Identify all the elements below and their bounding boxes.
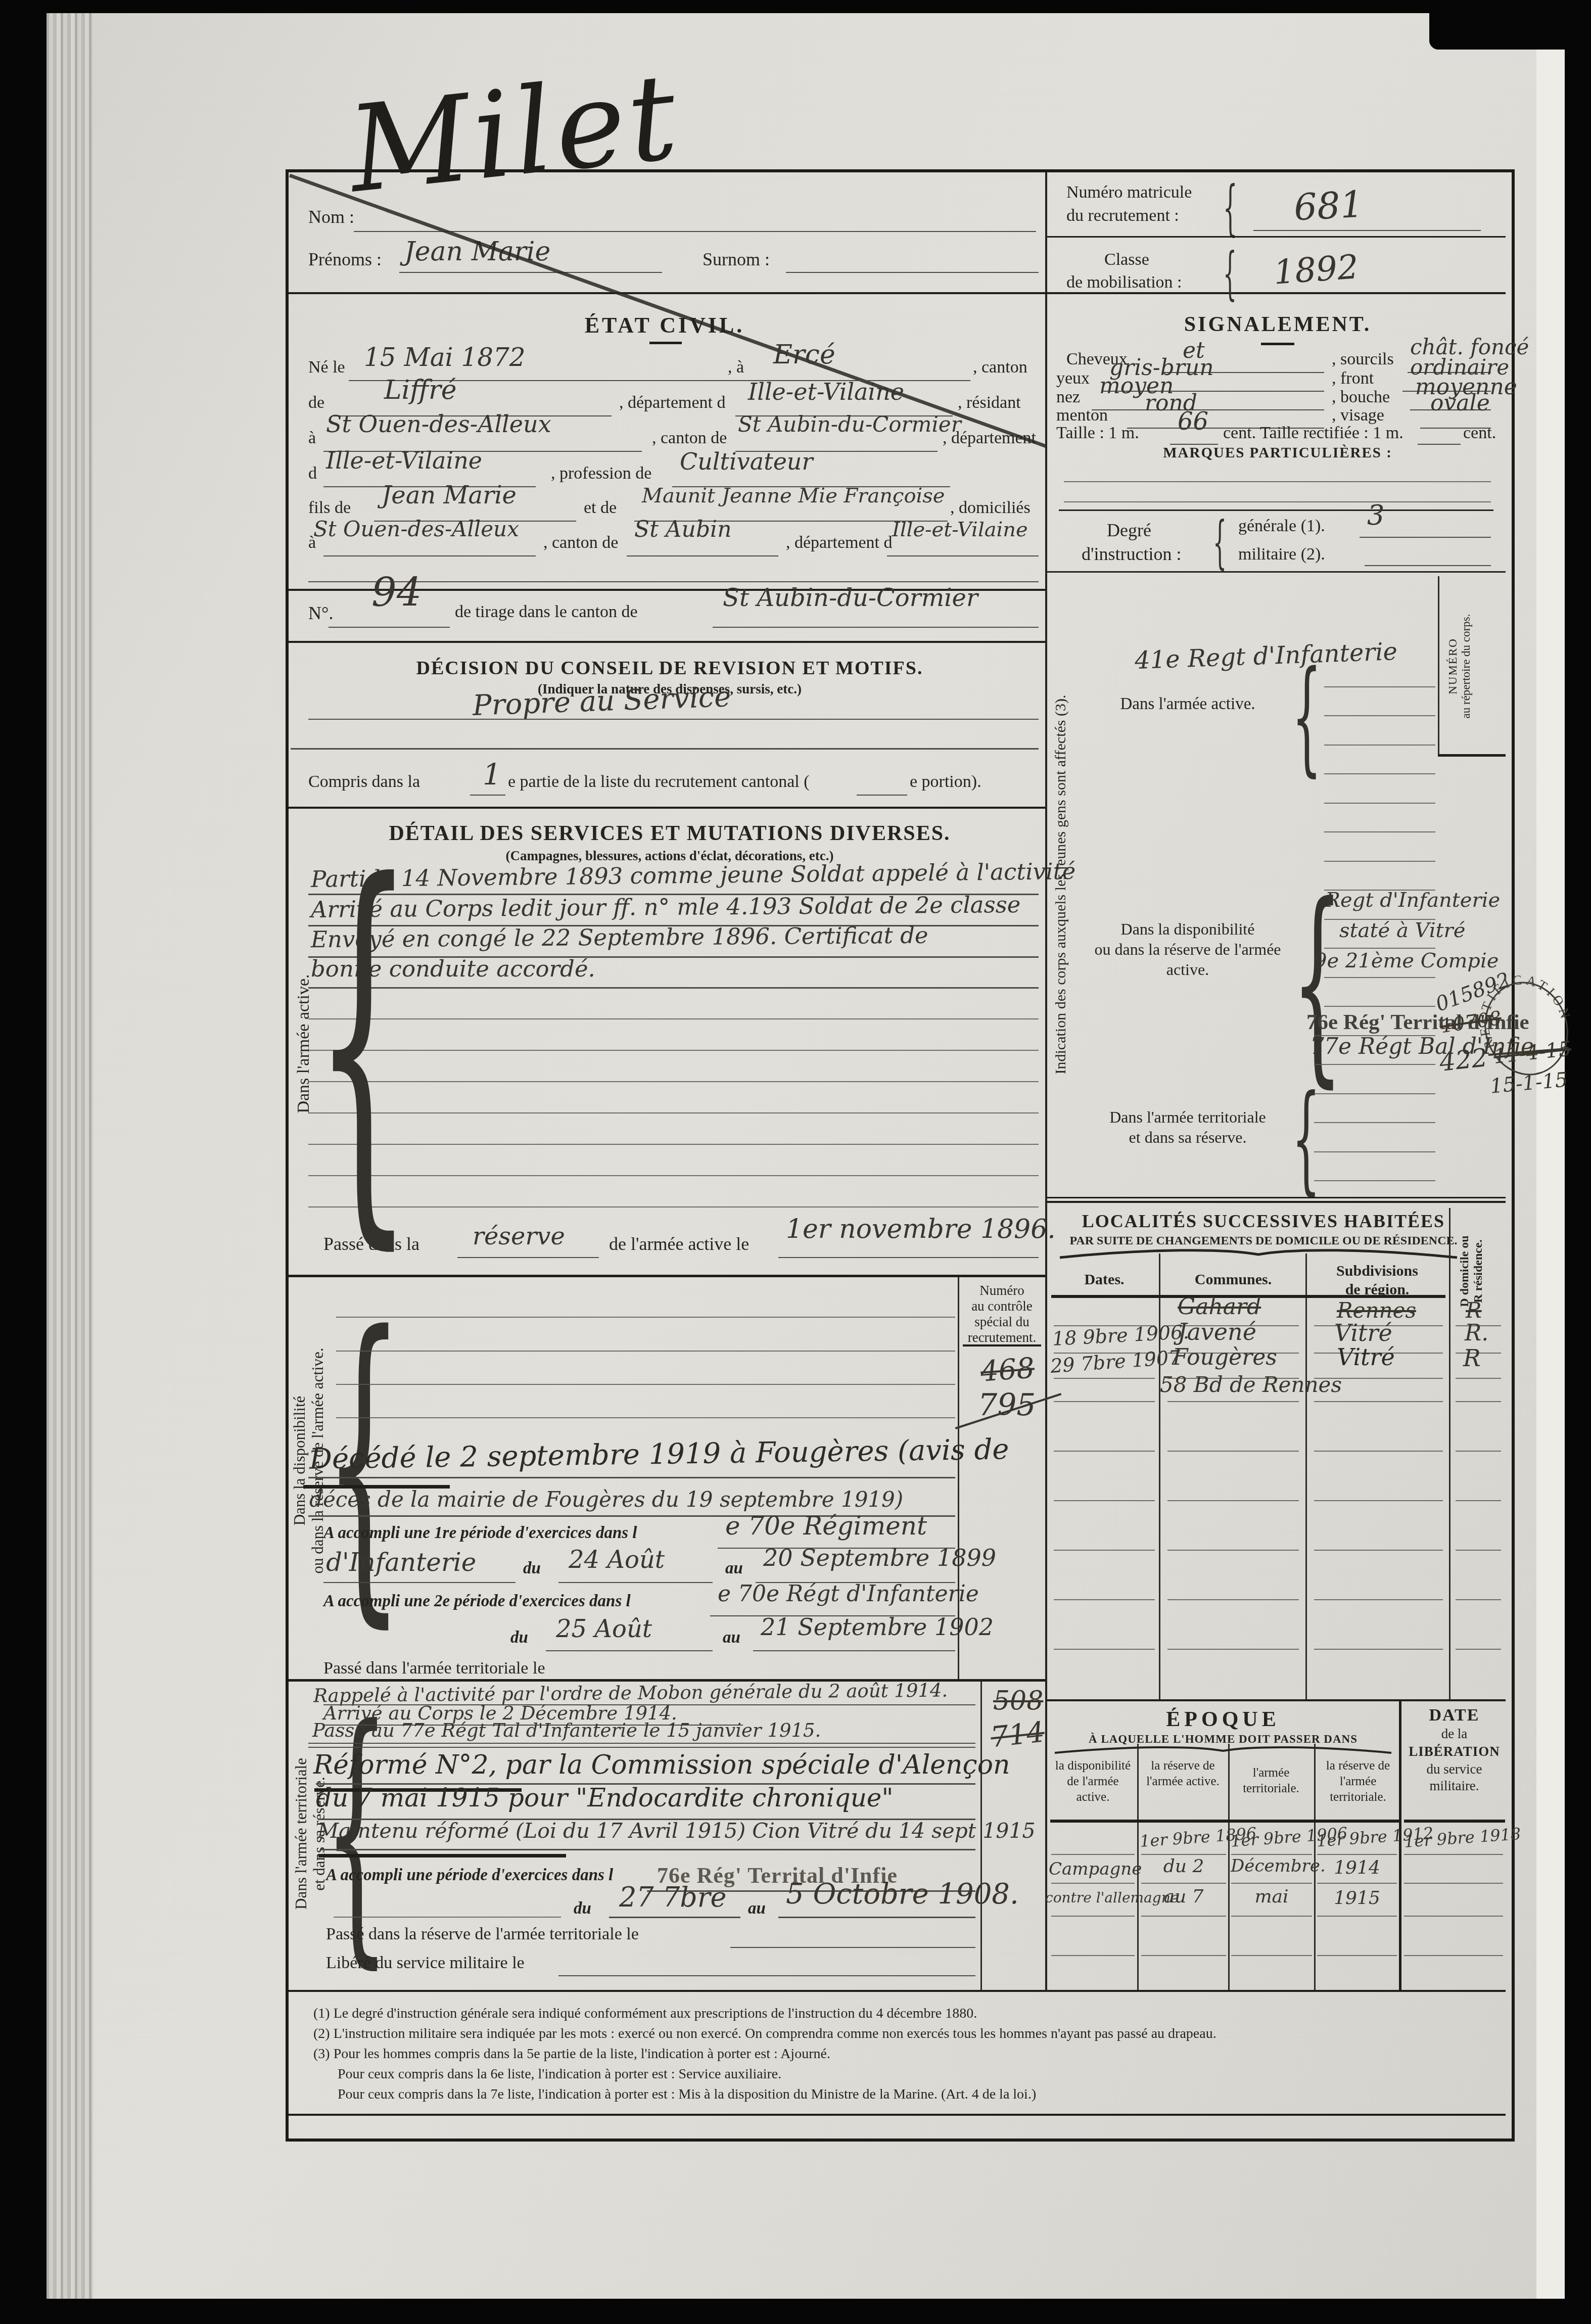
- tirage-line1: [329, 627, 450, 628]
- periode1b-rule1: [323, 1582, 516, 1583]
- localites-blank-2a: [1054, 1500, 1155, 1501]
- degre-brace: {: [1213, 515, 1227, 571]
- terr-au-value: 5 Octobre 1908.: [786, 1878, 1019, 1911]
- corps-dispo-value-2: staté à Vitré: [1339, 919, 1465, 942]
- passe-reserve-value-1: réserve: [473, 1222, 565, 1250]
- paper-right-light-strip: [1536, 13, 1566, 2299]
- epoque-r2-line-a: [1051, 1883, 1135, 1884]
- periode1-value: e 70e Régiment: [725, 1511, 927, 1541]
- sig-nez-label: nez: [1056, 388, 1080, 407]
- ec-l6-v3: Ille-et-Vilaine: [892, 518, 1028, 541]
- sidebar-territoriale-line1: Dans l'armée territoriale: [292, 1687, 310, 1980]
- ec-l2-c: , résidant: [958, 393, 1021, 412]
- epoque-r2-c3: Décembre.: [1231, 1856, 1313, 1876]
- terr-line-5: du 7 mai 1915 pour "Endocardite chroniqu…: [316, 1783, 893, 1812]
- dispo-blank-2: [336, 1351, 955, 1352]
- corps-dispo-label-l2: ou dans la réserve de l'armée active.: [1087, 939, 1289, 980]
- terr-line-4: Réformé N°2, par la Commission spéciale …: [313, 1750, 1010, 1780]
- localites-r4-line-c: [1314, 1401, 1443, 1402]
- epoque-date-l4: du service: [1402, 1761, 1506, 1777]
- matricule-fill-line: [1253, 230, 1481, 231]
- ec-l4-a: d: [308, 464, 317, 483]
- numero-repertoire-header: NUMÉRO au répertoire du corps.: [1446, 580, 1473, 752]
- services-blank-7: [308, 1206, 1039, 1207]
- epoque-r1-line-d: [1317, 1854, 1397, 1855]
- terr-au-rule: [778, 1917, 975, 1918]
- corps-active-brace: {: [1292, 655, 1322, 778]
- degre-generale-label: générale (1).: [1238, 517, 1325, 536]
- ec-l1-c: , canton: [973, 358, 1027, 377]
- decision-title: DÉCISION DU CONSEIL DE REVISION ET MOTIF…: [316, 657, 1023, 679]
- matricule-label-line2: du recrutement :: [1066, 206, 1179, 225]
- epoque-r3-line-b: [1141, 1916, 1226, 1917]
- epoque-r1-line-e: [1404, 1854, 1503, 1855]
- tirage-no-label: N°.: [308, 602, 333, 624]
- ec-l5-b: et de: [584, 498, 617, 518]
- sig-visage-value: ovale: [1430, 390, 1490, 416]
- services-blank-6: [308, 1175, 1039, 1176]
- services-rule-4: [308, 987, 1039, 989]
- corps-rule-17: [1314, 1151, 1435, 1152]
- terr-passe-reserve-label: Passé dans la réserve de l'armée territo…: [326, 1925, 639, 1944]
- localites-col-dates: Dates.: [1054, 1271, 1155, 1288]
- corps-rule-18: [1314, 1180, 1435, 1181]
- localites-r3-commune: Fougères: [1173, 1344, 1277, 1370]
- scanned-military-register-page: Nom : Milet Prénoms : Jean Marie Surnom …: [0, 0, 1591, 2324]
- compris-line1: [470, 795, 505, 796]
- ec-l5-c: , domiciliés: [950, 498, 1031, 518]
- epoque-blank-line-b: [1141, 1955, 1226, 1956]
- localites-r1-commune: Gahard: [1178, 1294, 1261, 1320]
- localites-r2-commune: Javené: [1178, 1318, 1256, 1345]
- corps-rule-16: [1314, 1122, 1435, 1123]
- dispo-blank-1: [336, 1317, 955, 1318]
- ec-l3-v1: St Ouen-des-Alleux: [326, 410, 551, 438]
- corps-terr-label-l2: et dans sa réserve.: [1087, 1127, 1289, 1147]
- periode2b-du: du: [510, 1629, 528, 1647]
- signalement-title: SIGNALEMENT.: [1096, 312, 1460, 337]
- matricule-label-line1: Numéro matricule: [1066, 183, 1192, 202]
- classe-label-line1: Classe: [1104, 250, 1149, 269]
- numero-repertoire-l1: NUMÉRO: [1446, 580, 1460, 752]
- terr-periode-left-blank: [334, 1917, 561, 1918]
- corps-rule-6: [1324, 831, 1435, 832]
- degre-militaire-label: militaire (2).: [1238, 545, 1325, 564]
- matricule-brace: {: [1223, 178, 1238, 238]
- epoque-col3-header: l'armée territoriale.: [1231, 1765, 1312, 1796]
- localites-blank-5b: [1167, 1649, 1299, 1650]
- epoque-date-l3: LIBÉRATION: [1402, 1744, 1506, 1759]
- epoque-r3-line-c: [1231, 1916, 1312, 1917]
- corps-rule-14: [1314, 1064, 1435, 1065]
- epoque-r1-line-b: [1141, 1854, 1226, 1855]
- ec-l6-b: , canton de: [543, 533, 618, 552]
- footnote-separator: [289, 1990, 1506, 1992]
- localites-r3-line-a: [1054, 1378, 1155, 1379]
- terr-libere-rule: [558, 1975, 975, 1976]
- degre-label-2: d'instruction :: [1082, 543, 1181, 565]
- passe-reserve-line2: [778, 1257, 1039, 1258]
- ec-l2-v1: Liffré: [384, 375, 457, 405]
- periode1b-rule2: [558, 1582, 713, 1583]
- corps-dispo-value-3: 9e 21ème Compie: [1314, 949, 1499, 972]
- ec-l4-b: , profession de: [551, 464, 651, 483]
- epoque-date-l1: DATE: [1402, 1706, 1506, 1725]
- localites-divider-1: [1159, 1253, 1160, 1699]
- terr-du-label: du: [574, 1899, 591, 1918]
- compris-label-a: Compris dans la: [308, 772, 420, 792]
- numero-repertoire-divider: [1438, 576, 1439, 756]
- footnote-4: Pour ceux compris dans la 6e liste, l'in…: [338, 2066, 781, 2082]
- corps-rule-3: [1324, 745, 1435, 746]
- tirage-bottom-rule: [289, 641, 1045, 643]
- controle-column-divider: [958, 1277, 959, 1679]
- classe-value: 1892: [1273, 247, 1360, 292]
- localites-blank-5c: [1314, 1649, 1443, 1650]
- ec-l4-v1: Ille-et-Vilaine: [326, 447, 482, 474]
- dispo-blank-3: [336, 1384, 955, 1385]
- footnote-2: (2) L'instruction militaire sera indiqué…: [313, 2026, 1216, 2042]
- epoque-blank-line-c: [1231, 1955, 1312, 1956]
- epoque-title: ÉPOQUE: [1071, 1707, 1375, 1732]
- periode2b-rule1: [546, 1650, 713, 1651]
- corps-terr-label: Dans l'armée territoriale et dans sa rés…: [1087, 1107, 1289, 1147]
- ec-l3-c: , département: [943, 429, 1036, 448]
- corps-rule-10: [1324, 948, 1435, 949]
- localites-divider-3: [1449, 1208, 1450, 1699]
- localites-r3-line-d: [1456, 1378, 1501, 1379]
- dispo-blank-4: [336, 1417, 955, 1418]
- terr-rule-3b: [308, 1747, 975, 1748]
- epoque-date-l5: militaire.: [1402, 1778, 1506, 1794]
- ec-l1-b: , à: [728, 358, 744, 377]
- sig-taille-label-a: Taille : 1 m.: [1056, 424, 1139, 443]
- periode1b-au: au: [725, 1559, 743, 1578]
- corps-rule-7: [1324, 861, 1435, 862]
- marques-label: MARQUES PARTICULIÈRES :: [1096, 445, 1460, 461]
- decision-line2: [291, 748, 1039, 750]
- sidebar-armee-active-brace: {: [313, 834, 413, 1248]
- marques-blank-2: [1064, 501, 1491, 502]
- ec-l1-a: Né le: [308, 358, 345, 377]
- epoque-r1-line-c: [1231, 1854, 1312, 1855]
- services-blank-1: [308, 1018, 1039, 1019]
- epoque-r2-c1: Campagne: [1049, 1859, 1137, 1879]
- epoque-curly-decoration: [1054, 1745, 1392, 1755]
- periode1b-du: du: [523, 1559, 541, 1578]
- terr-heavy-underline-2: [318, 1854, 566, 1857]
- corps-rule-15: [1314, 1093, 1435, 1094]
- ec-l6-line2: [627, 555, 778, 556]
- controle-header-l1: Numéro: [960, 1283, 1044, 1298]
- localites-blank-2d: [1456, 1500, 1501, 1501]
- corps-rule-2: [1324, 715, 1435, 716]
- sig-taille-label-c: cent.: [1463, 424, 1496, 443]
- deces-rule-1: [308, 1477, 955, 1478]
- numero-repertoire-l2: au répertoire du corps.: [1460, 580, 1473, 752]
- controle-header-rule: [963, 1344, 1041, 1346]
- epoque-r1-line-a: [1051, 1854, 1135, 1855]
- signalement-bottom-rule: [1047, 571, 1506, 573]
- epoque-blank-line-e: [1404, 1955, 1503, 1956]
- ec-l6-v2: St Aubin: [634, 517, 732, 542]
- services-line-2: Arrivé au Corps ledit jour ff. n° mle 4.…: [311, 891, 1021, 923]
- ec-l1-v1: 15 Mai 1872: [364, 343, 526, 372]
- localites-r2-subdiv: Vitré: [1334, 1319, 1392, 1346]
- terr-au-label: au: [748, 1899, 766, 1918]
- localites-blank-1d: [1456, 1451, 1501, 1452]
- book-page-edges: [46, 13, 93, 2299]
- localites-curly-decoration: [1059, 1247, 1458, 1260]
- ec-l4-v2: Cultivateur: [680, 448, 813, 475]
- ec-l2-v2: Ille-et-Vilaine: [748, 378, 904, 405]
- services-blank-2: [308, 1050, 1039, 1051]
- epoque-header-rule-left: [1050, 1820, 1399, 1823]
- epoque-date-l2: de la: [1402, 1726, 1506, 1742]
- sig-taille-value: 66: [1178, 407, 1208, 436]
- terr-du-value: 27 7bre: [619, 1881, 727, 1913]
- matricule-bottom-rule: [1047, 236, 1506, 238]
- ec-l5-a: fils de: [308, 498, 351, 518]
- localites-blank-3c: [1314, 1550, 1443, 1551]
- services-blank-3: [308, 1081, 1039, 1082]
- footnote-3: (3) Pour les hommes compris dans la 5e p…: [313, 2046, 830, 2062]
- etat-civil-title-dash: [649, 342, 682, 344]
- epoque-blank-line-d: [1317, 1955, 1397, 1956]
- sig-sourcils-label: , sourcils: [1332, 350, 1394, 369]
- ec-l6-v1: St Ouen-des-Alleux: [313, 517, 519, 541]
- scan-band-right: [1565, 0, 1591, 2324]
- localites-blank-1b: [1167, 1451, 1299, 1452]
- scan-band-top: [0, 0, 1591, 13]
- corps-bottom-rule-2: [1047, 1201, 1506, 1203]
- periode2-value: e 70e Régt d'Infanterie: [718, 1581, 979, 1607]
- localites-blank-2b: [1167, 1500, 1299, 1501]
- epoque-r2-line-b: [1141, 1883, 1226, 1884]
- epoque-r3-c1: contre l'allemagne: [1045, 1889, 1141, 1906]
- periode2b-rule2: [753, 1650, 955, 1651]
- corps-rule-11: [1324, 977, 1435, 978]
- localites-col-sub1: Subdivisions: [1314, 1263, 1440, 1280]
- localites-blank-4c: [1314, 1599, 1443, 1600]
- passe-reserve-value-2: 1er novembre 1896.: [786, 1214, 1056, 1244]
- corps-rule-1: [1324, 686, 1435, 687]
- tirage-label: de tirage dans le canton de: [455, 602, 638, 622]
- epoque-r3-c4: 1915: [1317, 1888, 1397, 1909]
- ec-l6-line: [323, 555, 536, 556]
- sig-menton-label: menton: [1056, 406, 1108, 425]
- epoque-r3-line-e: [1404, 1916, 1503, 1917]
- classe-brace: {: [1223, 246, 1237, 302]
- epoque-r3-line-a: [1051, 1916, 1135, 1917]
- corps-vertical-label: Indication des corps auxquels les jeunes…: [1052, 576, 1069, 1193]
- localites-blank-3d: [1456, 1550, 1501, 1551]
- ec-l3-a: à: [308, 429, 316, 448]
- controle-header-l2: au contrôle: [960, 1298, 1044, 1314]
- epoque-col4-header: la réserve de l'armée territoriale.: [1318, 1758, 1398, 1805]
- corps-rule-5: [1324, 803, 1435, 804]
- services-blank-4: [308, 1112, 1039, 1113]
- controle-old-number: 468: [979, 1352, 1036, 1388]
- epoque-blank-line-a: [1051, 1955, 1135, 1956]
- ec-l2-b: , département d: [619, 393, 726, 412]
- localites-r1-dr: R: [1466, 1298, 1482, 1323]
- degre-generale-line: [1360, 537, 1491, 538]
- scan-corner-top-right: [1429, 0, 1591, 50]
- corps-active-label: Dans l'armée active.: [1087, 693, 1289, 715]
- localites-blank-1a: [1054, 1451, 1155, 1452]
- ec-l6-line3: [887, 555, 1039, 556]
- ec-l3-v2: St Aubin-du-Cormier: [738, 412, 961, 437]
- compris-value: 1: [483, 757, 501, 792]
- localites-title: LOCALITÉS SUCCESSIVES HABITÉES: [1071, 1211, 1456, 1232]
- terr-line-6: Maintenu réformé (Loi du 17 Avril 1915) …: [317, 1819, 1036, 1843]
- tirage-no-value: 94: [371, 570, 422, 616]
- sig-visage-label: , visage: [1332, 406, 1384, 425]
- degre-generale-value: 3: [1367, 499, 1384, 531]
- periode1-label: A accompli une 1re période d'exercices d…: [323, 1524, 637, 1543]
- controle-header-l4: recrutement.: [960, 1330, 1044, 1345]
- form-inner-bottom-rule: [289, 2114, 1506, 2116]
- marques-blank-1: [1064, 481, 1491, 482]
- degre-label-1: Degré: [1107, 520, 1151, 541]
- terr-rule-6: [321, 1849, 975, 1850]
- localites-blank-4b: [1167, 1599, 1299, 1600]
- corps-rule-12: [1324, 1006, 1435, 1007]
- epoque-r3-c2: au 7: [1141, 1886, 1226, 1907]
- epoque-r2-c4: 1914: [1317, 1857, 1397, 1878]
- periode1b-value1: d'Infanterie: [326, 1548, 476, 1577]
- terr-du-rule: [609, 1917, 740, 1918]
- footnote-1: (1) Le degré d'instruction générale sera…: [313, 2006, 977, 2022]
- services-title: DÉTAIL DES SERVICES ET MUTATIONS DIVERSE…: [316, 821, 1023, 846]
- numero-repertoire-bottom: [1438, 754, 1506, 757]
- ec-l3-b: , canton de: [652, 429, 727, 448]
- localites-r2-dr: R.: [1465, 1320, 1488, 1346]
- terr-rule-3a: [308, 1743, 975, 1744]
- scan-band-left: [0, 0, 46, 2324]
- periode1b-value3: 20 Septembre 1899: [763, 1544, 996, 1571]
- localites-r4-line-d: [1456, 1401, 1501, 1402]
- localites-r3-dr: R: [1463, 1344, 1481, 1372]
- territoriale-margin-old: 508: [993, 1686, 1043, 1716]
- territoriale-margin-new: 714: [989, 1716, 1046, 1754]
- epoque-col1-header: la disponibilité de l'armée active.: [1051, 1758, 1135, 1805]
- corps-bottom-rule-1: [1047, 1197, 1506, 1198]
- etat-civil-title: ÉTAT CIVIL.: [488, 312, 841, 338]
- sig-front-label: , front: [1332, 369, 1374, 388]
- corps-dispo-value-1: Regt d'Infanterie: [1325, 889, 1500, 912]
- epoque-r2-line-c: [1231, 1883, 1312, 1884]
- sidebar-armee-active-label: Dans l'armée active.: [294, 834, 313, 1253]
- footnote-5: Pour ceux compris dans la 7e liste, l'in…: [338, 2086, 1036, 2103]
- localites-blank-3b: [1167, 1550, 1299, 1551]
- ec-l5-v1: Jean Marie: [382, 481, 517, 509]
- periode2-label: A accompli une 2e période d'exercices da…: [323, 1592, 631, 1611]
- epoque-r2-c2: du 2: [1141, 1856, 1226, 1877]
- signalement-title-dash: [1261, 343, 1294, 345]
- passe-reserve-line1: [457, 1257, 599, 1258]
- localites-r4-line-a: [1054, 1401, 1155, 1402]
- ec-l5-v2: Maunit Jeanne Mie Françoise: [642, 484, 945, 507]
- epoque-r2-line-d: [1317, 1883, 1397, 1884]
- controle-header-l3: spécial du: [960, 1314, 1044, 1330]
- epoque-header-rule-right: [1404, 1820, 1505, 1823]
- sig-yeux-label: yeux: [1056, 369, 1090, 388]
- sig-taille-label-b: cent. Taille rectifiée : 1 m.: [1223, 424, 1403, 443]
- passe-reserve-label-b: de l'armée active le: [609, 1233, 749, 1254]
- classe-label-line2: de mobilisation :: [1066, 273, 1182, 292]
- marques-bottom-rule: [1059, 509, 1493, 511]
- localites-blank-4d: [1456, 1599, 1501, 1600]
- epoque-divider-4: [1399, 1701, 1401, 1990]
- compris-label-b: e partie de la liste du recrutement cant…: [508, 772, 810, 792]
- ec-l6-c: , département d: [786, 533, 893, 552]
- corps-dispo-label-l1: Dans la disponibilité: [1087, 919, 1289, 939]
- periode1b-value2: 24 Août: [569, 1546, 665, 1574]
- localites-blank-5d: [1456, 1649, 1501, 1650]
- terr-line-3: Passé au 77e Régt Tal d'Infanterie le 15…: [312, 1719, 821, 1741]
- controle-header: Numéro au contrôle spécial du recrutemen…: [960, 1283, 1044, 1345]
- localites-blank-2c: [1314, 1500, 1443, 1501]
- epoque-top-rule: [1047, 1699, 1506, 1701]
- epoque-r2-line-e: [1404, 1883, 1503, 1884]
- matricule-value: 681: [1293, 182, 1365, 228]
- localites-blank-5a: [1054, 1649, 1155, 1650]
- ec-l1-v2: Ercé: [773, 340, 835, 370]
- localites-divider-2: [1305, 1253, 1307, 1699]
- epoque-col2-header: la réserve de l'armée active.: [1141, 1758, 1225, 1789]
- epoque-subtitle: À LAQUELLE L'HOMME DOIT PASSER DANS: [1056, 1733, 1390, 1746]
- localites-blank-3a: [1054, 1550, 1155, 1551]
- epoque-r3-line-d: [1317, 1916, 1397, 1917]
- localites-r4-commune: 58 Bd de Rennes: [1160, 1372, 1342, 1397]
- localites-blank-1c: [1314, 1451, 1443, 1452]
- decision-line1: [308, 719, 1039, 720]
- degre-militaire-line: [1365, 565, 1491, 566]
- localites-col-communes: Communes.: [1167, 1271, 1299, 1288]
- deces-line-2: décès de la mairie de Fougères du 19 sep…: [309, 1487, 903, 1512]
- terr-passe-reserve-rule: [730, 1947, 975, 1948]
- compris-label-c: e portion).: [910, 772, 981, 792]
- corps-terr-label-l1: Dans l'armée territoriale: [1087, 1107, 1289, 1127]
- epoque-r3-c3: mai: [1231, 1886, 1313, 1907]
- services-blank-5: [308, 1144, 1039, 1145]
- corps-dispo-label: Dans la disponibilité ou dans la réserve…: [1087, 919, 1289, 980]
- compris-line2: [857, 795, 907, 796]
- localites-blank-4a: [1054, 1599, 1155, 1600]
- tirage-line2: [713, 627, 1039, 628]
- corps-rule-4: [1324, 773, 1435, 774]
- periode2b-au: au: [723, 1629, 740, 1647]
- periode2b-value2: 25 Août: [556, 1615, 652, 1643]
- localites-r4-line-b: [1167, 1401, 1299, 1402]
- localites-r3-subdiv: Vitré: [1337, 1343, 1395, 1371]
- tirage-value: St Aubin-du-Cormier: [723, 584, 978, 612]
- scan-band-bottom: [0, 2299, 1591, 2324]
- terr-periode-label: A accompli une période d'exercices dans …: [326, 1866, 613, 1885]
- terr-libere-label: Libéré du service militaire le: [326, 1954, 525, 1973]
- sidebar-disponibilite-line1: Dans la disponibilité: [291, 1276, 309, 1645]
- sig-bouche-label: , bouche: [1332, 388, 1390, 407]
- epoque-divider-2: [1228, 1744, 1230, 1990]
- localites-subtitle: PAR SUITE DE CHANGEMENTS DE DOMICILE OU …: [1061, 1234, 1466, 1248]
- ec-l2-a: de: [308, 393, 324, 412]
